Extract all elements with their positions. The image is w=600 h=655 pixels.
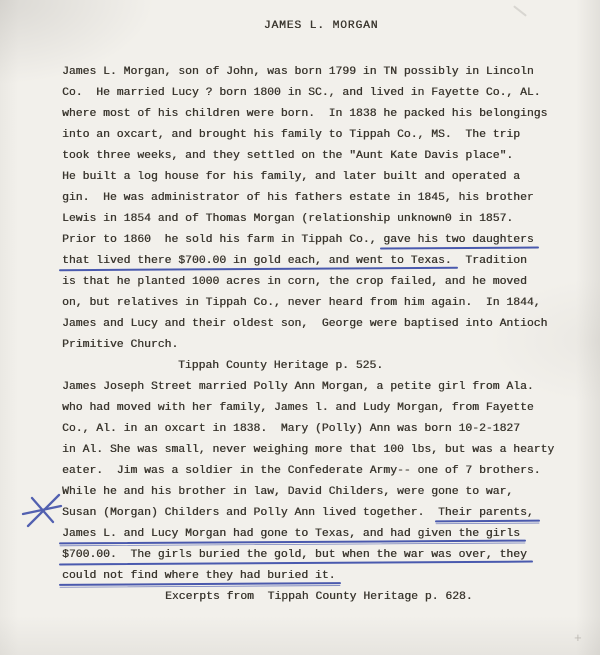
ink-underlined-text: could not find where they had buried it. — [62, 570, 335, 582]
text-line: James and Lucy and their oldest son, Geo… — [62, 314, 580, 335]
citation-line: Excerpts from Tippah County Heritage p. … — [62, 587, 580, 608]
text-line: into an oxcart, and brought his family t… — [62, 125, 580, 146]
typed-text: where most of his children were born. In… — [62, 108, 547, 120]
typed-text: Tradition — [452, 255, 527, 267]
text-line: Co. He married Lucy ? born 1800 in SC., … — [62, 83, 580, 104]
typed-text: Co. He married Lucy ? born 1800 in SC., … — [62, 87, 541, 99]
text-line: Prior to 1860 he sold his farm in Tippah… — [62, 230, 580, 251]
ink-underlined-text: gave his two daughters — [383, 234, 533, 246]
text-line: in Al. She was small, never weighing mor… — [62, 440, 580, 461]
text-line: James L. Morgan, son of John, was born 1… — [62, 62, 580, 83]
typed-text: Prior to 1860 he sold his farm in Tippah… — [62, 234, 383, 246]
text-line: He built a log house for his family, and… — [62, 167, 580, 188]
citation-tippah-525: Tippah County Heritage p. 525. — [62, 356, 580, 377]
paragraph-james-joseph-street: James Joseph Street married Polly Ann Mo… — [62, 377, 580, 587]
text-line: Lewis in 1854 and of Thomas Morgan (rela… — [62, 209, 580, 230]
typed-text: James Joseph Street married Polly Ann Mo… — [62, 381, 534, 393]
text-line: who had moved with her family, James l. … — [62, 398, 580, 419]
typed-text: James and Lucy and their oldest son, Geo… — [62, 318, 547, 330]
text-line: Primitive Church. — [62, 335, 580, 356]
text-line: $700.00. The girls buried the gold, but … — [62, 545, 580, 566]
text-line: While he and his brother in law, David C… — [62, 482, 580, 503]
scanned-document-page: JAMES L. MORGAN James L. Morgan, son of … — [0, 0, 600, 655]
typed-text: on, but relatives in Tippah Co., never h… — [62, 297, 541, 309]
page-title: JAMES L. MORGAN — [62, 16, 580, 37]
text-line: could not find where they had buried it. — [62, 566, 580, 587]
text-line: Susan (Morgan) Childers and Polly Ann li… — [62, 503, 580, 524]
typed-text: into an oxcart, and brought his family t… — [62, 129, 520, 141]
ink-underlined-text: that lived there $700.00 in gold each, a… — [62, 255, 452, 267]
text-line: James L. and Lucy Morgan had gone to Tex… — [62, 524, 580, 545]
typed-text: James L. Morgan, son of John, was born 1… — [62, 66, 534, 78]
text-line: that lived there $700.00 in gold each, a… — [62, 251, 580, 272]
typed-text: Co., Al. in an oxcart in 1838. Mary (Pol… — [62, 423, 520, 435]
ink-underlined-text: James L. and Lucy Morgan had gone to Tex… — [62, 528, 520, 540]
ink-underlined-text: $700.00. The girls buried the gold, but … — [62, 549, 527, 561]
text-line: where most of his children were born. In… — [62, 104, 580, 125]
typed-content: James L. Morgan, son of John, was born 1… — [62, 62, 580, 608]
citation-line: Tippah County Heritage p. 525. — [62, 356, 580, 377]
typed-text: Excerpts from Tippah County Heritage p. … — [165, 591, 473, 603]
typed-text: Tippah County Heritage p. 525. — [178, 360, 383, 372]
typed-text: gin. He was administrator of his fathers… — [62, 192, 534, 204]
typed-text: He built a log house for his family, and… — [62, 171, 520, 183]
ink-underlined-text: Their parents, — [438, 507, 534, 519]
typed-text: Primitive Church. — [62, 339, 178, 351]
typed-text: Lewis in 1854 and of Thomas Morgan (rela… — [62, 213, 513, 225]
typed-text: eater. Jim was a soldier in the Confeder… — [62, 465, 541, 477]
text-line: Co., Al. in an oxcart in 1838. Mary (Pol… — [62, 419, 580, 440]
citation-tippah-628: Excerpts from Tippah County Heritage p. … — [62, 587, 580, 608]
typed-text: who had moved with her family, James l. … — [62, 402, 534, 414]
text-line: is that he planted 1000 acres in corn, t… — [62, 272, 580, 293]
text-line: eater. Jim was a soldier in the Confeder… — [62, 461, 580, 482]
typed-text: took three weeks, and they settled on th… — [62, 150, 513, 162]
text-line: James Joseph Street married Polly Ann Mo… — [62, 377, 580, 398]
scan-artifact-plus: + — [574, 631, 582, 646]
margin-asterisk-icon — [20, 492, 64, 530]
typed-text: Susan (Morgan) Childers and Polly Ann li… — [62, 507, 438, 519]
typed-text: While he and his brother in law, David C… — [62, 486, 513, 498]
text-line: gin. He was administrator of his fathers… — [62, 188, 580, 209]
typed-text: is that he planted 1000 acres in corn, t… — [62, 276, 527, 288]
typed-page-content: JAMES L. MORGAN James L. Morgan, son of … — [0, 0, 600, 608]
paragraph-james-l-morgan: James L. Morgan, son of John, was born 1… — [62, 62, 580, 356]
text-line: on, but relatives in Tippah Co., never h… — [62, 293, 580, 314]
text-line: took three weeks, and they settled on th… — [62, 146, 580, 167]
typed-text: in Al. She was small, never weighing mor… — [62, 444, 554, 456]
